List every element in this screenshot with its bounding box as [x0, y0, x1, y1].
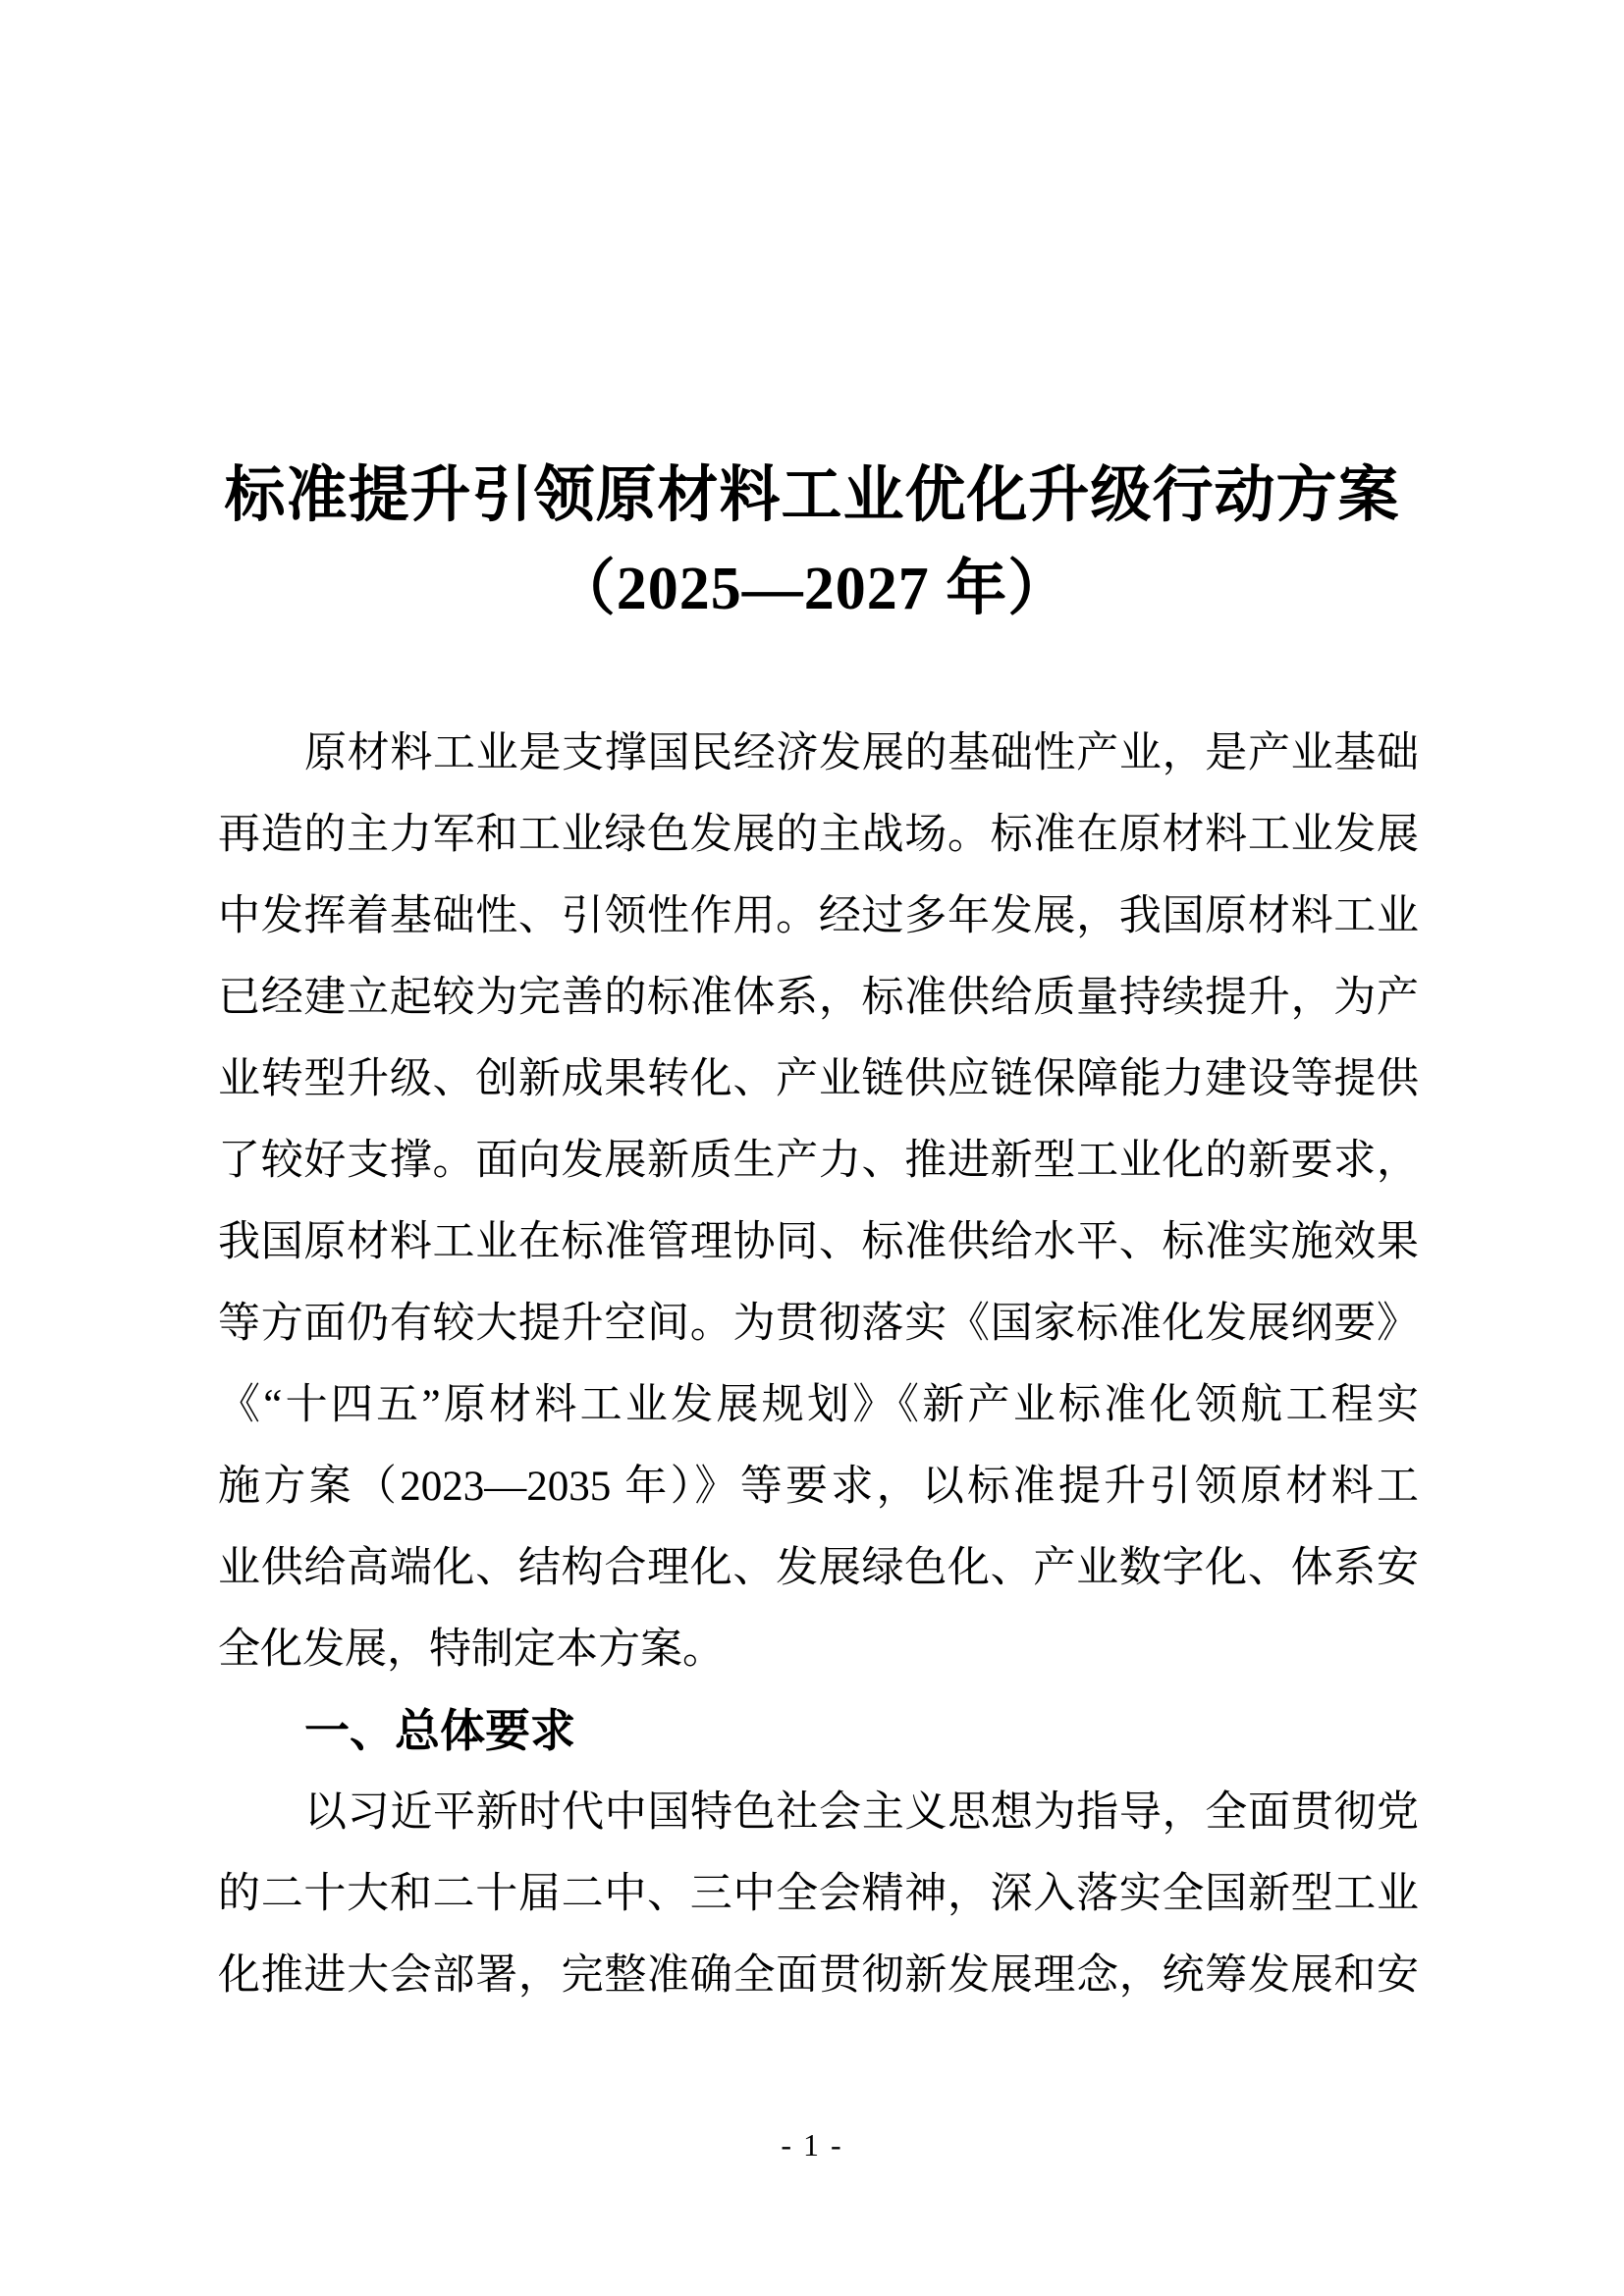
paragraph-2-line-3: 化推进大会部署，完整准确全面贯彻新发展理念，统筹发展和安 — [218, 1935, 1419, 2016]
page-number: - 1 - — [0, 2122, 1624, 2167]
paragraph-1-line-11: 业供给高端化、结构合理化、发展绿色化、产业数字化、体系安 — [218, 1527, 1419, 1609]
paragraph-1-line-10: 施方案（2023—2035 年）》等要求，以标准提升引领原材料工 — [218, 1446, 1419, 1527]
paragraph-2-line-1: 以习近平新时代中国特色社会主义思想为指导，全面贯彻党 — [218, 1772, 1419, 1853]
title-line-2: （2025—2027 年） — [0, 543, 1624, 636]
paragraph-1-line-3: 中发挥着基础性、引领性作用。经过多年发展，我国原材料工业 — [218, 876, 1419, 957]
paragraph-1-line-12: 全化发展，特制定本方案。 — [218, 1609, 1419, 1690]
document-body: 原材料工业是支撑国民经济发展的基础性产业，是产业基础 再造的主力军和工业绿色发展… — [218, 713, 1419, 2016]
paragraph-1-line-8: 等方面仍有较大提升空间。为贯彻落实《国家标准化发展纲要》 — [218, 1283, 1419, 1364]
paragraph-1-line-2: 再造的主力军和工业绿色发展的主战场。标准在原材料工业发展 — [218, 794, 1419, 876]
paragraph-1-line-4: 已经建立起较为完善的标准体系，标准供给质量持续提升，为产 — [218, 957, 1419, 1039]
paragraph-1-line-9: 《“十四五”原材料工业发展规划》《新产业标准化领航工程实 — [218, 1364, 1419, 1446]
paragraph-2-line-2: 的二十大和二十届二中、三中全会精神，深入落实全国新型工业 — [218, 1853, 1419, 1935]
paragraph-1-line-6: 了较好支撑。面向发展新质生产力、推进新型工业化的新要求， — [218, 1120, 1419, 1201]
paragraph-1-line-7: 我国原材料工业在标准管理协同、标准供给水平、标准实施效果 — [218, 1201, 1419, 1283]
document-page: 标准提升引领原材料工业优化升级行动方案 （2025—2027 年） 原材料工业是… — [0, 0, 1624, 2296]
section-heading-1: 一、总体要求 — [218, 1690, 1419, 1772]
document-title: 标准提升引领原材料工业优化升级行动方案 （2025—2027 年） — [0, 450, 1624, 636]
paragraph-1-line-1: 原材料工业是支撑国民经济发展的基础性产业，是产业基础 — [218, 713, 1419, 794]
paragraph-1-line-5: 业转型升级、创新成果转化、产业链供应链保障能力建设等提供 — [218, 1039, 1419, 1120]
title-line-1: 标准提升引领原材料工业优化升级行动方案 — [0, 450, 1624, 543]
